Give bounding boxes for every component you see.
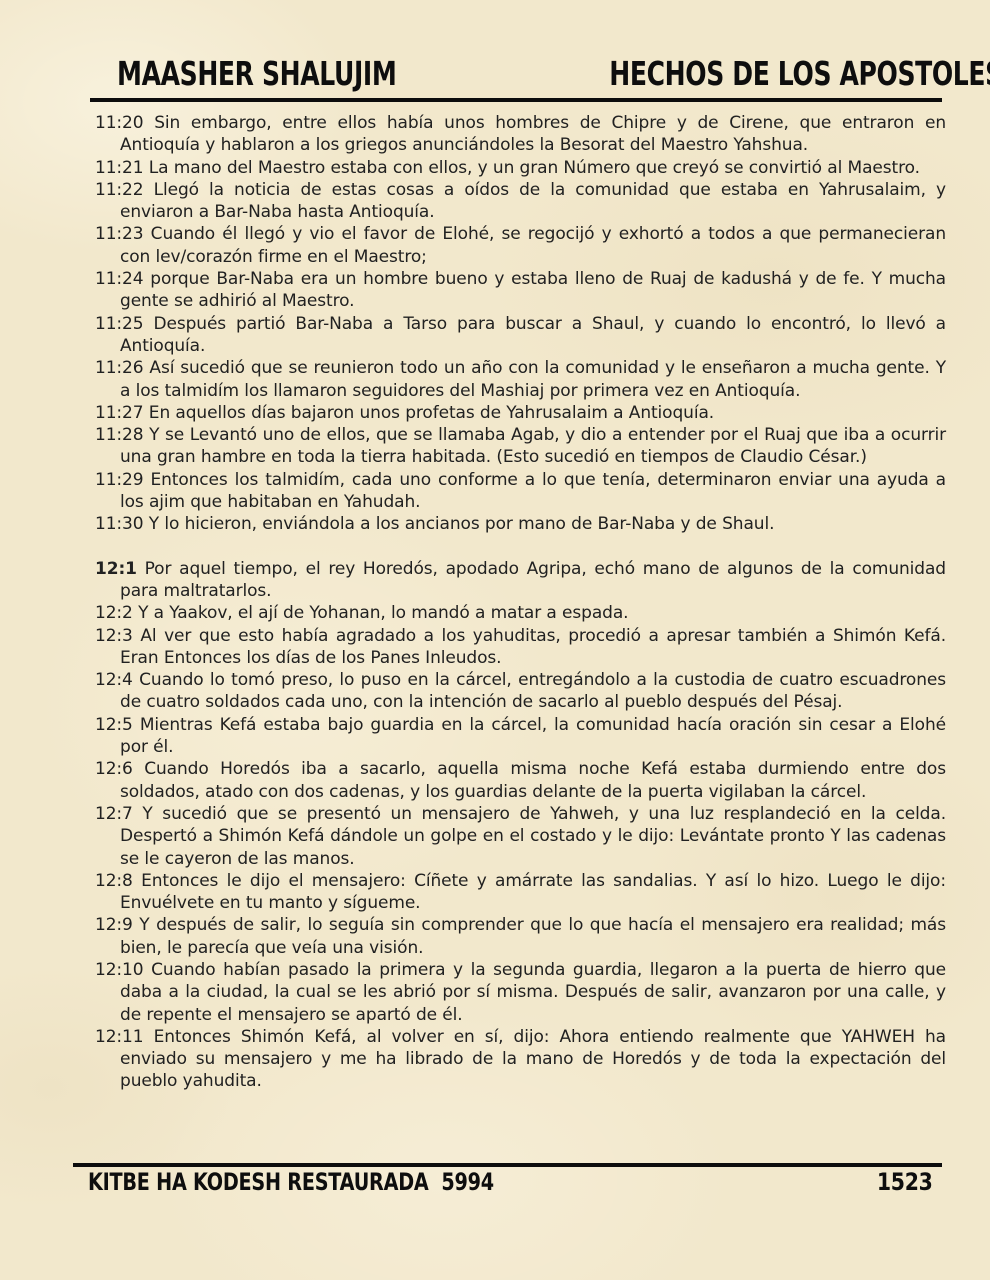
verse-text: Cuando Horedós iba a sacarlo, aquella mi… — [120, 759, 946, 801]
verse-number: 12:7 — [95, 804, 133, 824]
verse-paragraph: 12:3 Al ver que esto había agradado a lo… — [95, 625, 946, 670]
verse-number: 11:21 — [95, 158, 144, 178]
verse-number: 11:23 — [95, 224, 144, 244]
verse-text: Entonces le dijo el mensajero: Cíñete y … — [120, 871, 946, 913]
verse-text: Así sucedió que se reunieron todo un año… — [120, 358, 946, 400]
verse-number: 11:28 — [95, 425, 144, 445]
verse-paragraph: 11:25 Después partió Bar-Naba a Tarso pa… — [95, 313, 946, 358]
verse-paragraph: 11:21 La mano del Maestro estaba con ell… — [95, 157, 946, 179]
verse-number: 12:10 — [95, 960, 144, 980]
footer-rule — [73, 1163, 942, 1167]
verse-text: Entonces Shimón Kefá, al volver en sí, d… — [120, 1027, 946, 1092]
verse-paragraph: 12:5 Mientras Kefá estaba bajo guardia e… — [95, 714, 946, 759]
verse-number: 12:5 — [95, 715, 133, 735]
verse-paragraph: 11:26 Así sucedió que se reunieron todo … — [95, 357, 946, 402]
verse-text: Sin embargo, entre ellos había unos homb… — [120, 113, 946, 155]
verse-number: 11:20 — [95, 113, 144, 133]
verse-number: 11:27 — [95, 403, 144, 423]
verse-paragraph: 11:20 Sin embargo, entre ellos había uno… — [95, 112, 946, 157]
verse-paragraph: 12:6 Cuando Horedós iba a sacarlo, aquel… — [95, 758, 946, 803]
verse-paragraph: 11:22 Llegó la noticia de estas cosas a … — [95, 179, 946, 224]
footer-page-number: 1523 — [877, 1170, 933, 1194]
verse-text: En aquellos días bajaron unos profetas d… — [144, 403, 715, 423]
verse-paragraph: 12:4 Cuando lo tomó preso, lo puso en la… — [95, 669, 946, 714]
header-book-title: MAASHER SHALUJIM — [117, 57, 396, 90]
verse-text: Cuando él llegó y vio el favor de Elohé,… — [120, 224, 946, 266]
verse-text: Y se Levantó uno de ellos, que se llamab… — [120, 425, 946, 467]
verse-number: 12:8 — [95, 871, 133, 891]
verse-number: 12:1 — [95, 559, 137, 579]
verse-text: porque Bar-Naba era un hombre bueno y es… — [120, 269, 946, 311]
verse-text: Después partió Bar-Naba a Tarso para bus… — [120, 314, 946, 356]
verse-number: 12:11 — [95, 1027, 144, 1047]
verse-paragraph: 12:1 Por aquel tiempo, el rey Horedós, a… — [95, 558, 946, 603]
verse-paragraph: 11:29 Entonces los talmidím, cada uno co… — [95, 469, 946, 514]
verse-paragraph: 12:10 Cuando habían pasado la primera y … — [95, 959, 946, 1026]
verse-number: 11:25 — [95, 314, 144, 334]
verse-number: 12:9 — [95, 915, 133, 935]
verse-text: Cuando lo tomó preso, lo puso en la cárc… — [120, 670, 946, 712]
page-footer: KITBE HA KODESH RESTAURADA 5994 1523 — [88, 1170, 933, 1194]
verse-text: Al ver que esto había agradado a los yah… — [120, 626, 946, 668]
verse-text: Llegó la noticia de estas cosas a oídos … — [120, 180, 946, 222]
verse-paragraph: 12:7 Y sucedió que se presentó un mensaj… — [95, 803, 946, 870]
verse-text: Cuando habían pasado la primera y la seg… — [120, 960, 946, 1025]
verse-paragraph: 11:30 Y lo hicieron, enviándola a los an… — [95, 513, 946, 535]
document-page: MAASHER SHALUJIM HECHOS DE LOS APOSTOLES… — [0, 0, 990, 1280]
verse-number: 11:22 — [95, 180, 144, 200]
verse-text: Por aquel tiempo, el rey Horedós, apodad… — [120, 559, 946, 601]
page-header: MAASHER SHALUJIM HECHOS DE LOS APOSTOLES — [117, 57, 905, 90]
header-rule — [90, 98, 942, 102]
verse-text: Entonces los talmidím, cada uno conforme… — [120, 470, 946, 512]
verse-number: 11:30 — [95, 514, 144, 534]
verse-number: 12:4 — [95, 670, 133, 690]
verse-paragraph: 11:27 En aquellos días bajaron unos prof… — [95, 402, 946, 424]
footer-edition-title: KITBE HA KODESH RESTAURADA 5994 — [88, 1170, 494, 1194]
verse-number: 11:26 — [95, 358, 144, 378]
verse-number: 11:29 — [95, 470, 144, 490]
verse-paragraph: 12:8 Entonces le dijo el mensajero: Cíñe… — [95, 870, 946, 915]
verse-text: Y después de salir, lo seguía sin compre… — [120, 915, 946, 957]
header-section-title: HECHOS DE LOS APOSTOLES — [609, 57, 990, 90]
verse-text: Mientras Kefá estaba bajo guardia en la … — [120, 715, 946, 757]
verse-text: Y lo hicieron, enviándola a los ancianos… — [144, 514, 775, 534]
verse-number: 12:6 — [95, 759, 133, 779]
verse-number: 11:24 — [95, 269, 144, 289]
verse-text: Y a Yaakov, el ají de Yohanan, lo mandó … — [133, 603, 629, 623]
verse-paragraph: 12:11 Entonces Shimón Kefá, al volver en… — [95, 1026, 946, 1093]
verse-paragraph: 11:24 porque Bar-Naba era un hombre buen… — [95, 268, 946, 313]
verse-text: La mano del Maestro estaba con ellos, y … — [144, 158, 920, 178]
verse-paragraph: 11:28 Y se Levantó uno de ellos, que se … — [95, 424, 946, 469]
verse-paragraph: 12:2 Y a Yaakov, el ají de Yohanan, lo m… — [95, 602, 946, 624]
verse-paragraph: 12:9 Y después de salir, lo seguía sin c… — [95, 914, 946, 959]
verse-text: Y sucedió que se presentó un mensajero d… — [120, 804, 946, 869]
verse-paragraph: 11:23 Cuando él llegó y vio el favor de … — [95, 223, 946, 268]
verse-number: 12:3 — [95, 626, 133, 646]
verse-list: 11:20 Sin embargo, entre ellos había uno… — [95, 112, 946, 1093]
verse-number: 12:2 — [95, 603, 133, 623]
